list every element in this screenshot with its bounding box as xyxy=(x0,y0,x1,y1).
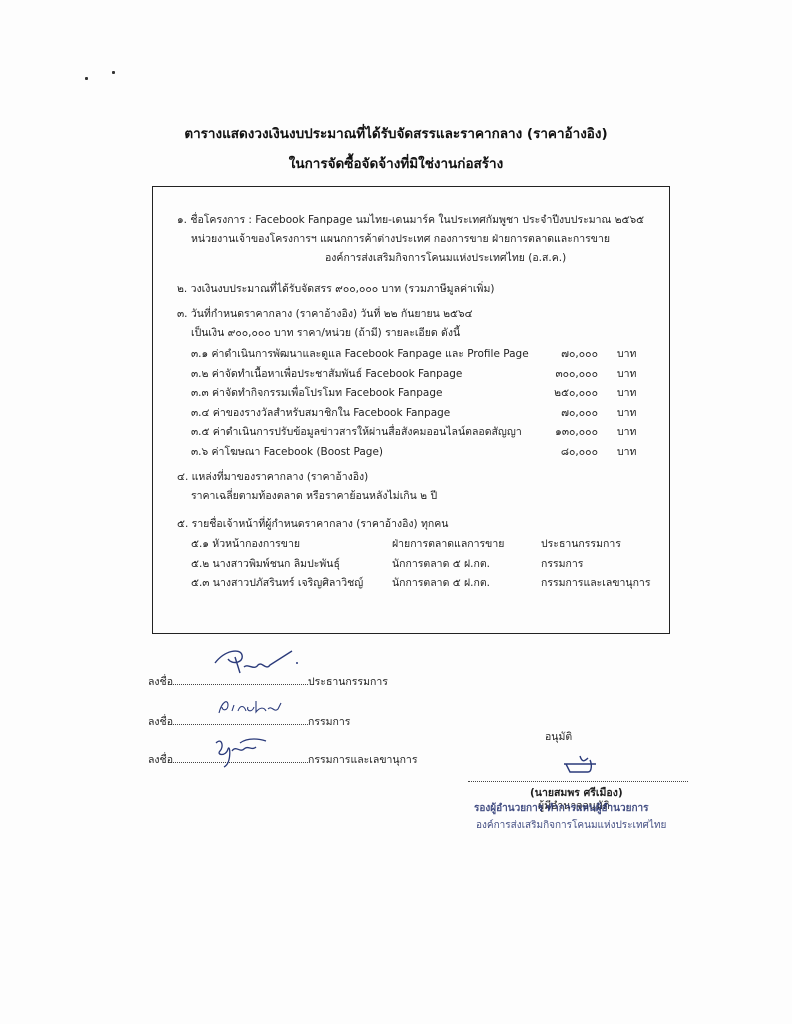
cost-item-label: ๓.๓ ค่าจัดทำกิจกรรมเพื่อโปรโมท Facebook … xyxy=(191,384,442,401)
cost-item-amount: ๗๐,๐๐๐ xyxy=(528,404,598,421)
stamp-line-2: องค์การส่งเสริมกิจการโคนมแห่งประเทศไทย xyxy=(476,818,666,833)
scan-speck xyxy=(85,77,88,80)
signature-1-handwriting xyxy=(210,645,300,680)
committee-member-role: ประธานกรรมการ xyxy=(541,535,621,552)
budget-line: ๒. วงเงินงบประมาณที่ได้รับจัดสรร ๙๐๐,๐๐๐… xyxy=(177,280,494,297)
cost-item-amount: ๓๐๐,๐๐๐ xyxy=(528,365,598,382)
signature-3-handwriting xyxy=(212,735,272,770)
signature-2-handwriting xyxy=(216,697,286,719)
cost-item-unit: บาท xyxy=(617,345,636,362)
cost-item-label: ๓.๑ ค่าดำเนินการพัฒนาและดูแล Facebook Fa… xyxy=(191,345,529,362)
cost-item-unit: บาท xyxy=(617,384,636,401)
cost-item-unit: บาท xyxy=(617,365,636,382)
cost-item-label: ๓.๕ ค่าดำเนินการปรับข้อมูลข่าวสารให้ผ่าน… xyxy=(191,423,522,440)
cost-item-amount: ๗๐,๐๐๐ xyxy=(528,345,598,362)
scan-speck xyxy=(112,71,115,74)
cost-item-label: ๓.๖ ค่าโฆษณา Facebook (Boost Page) xyxy=(191,443,383,460)
approver-signature-handwriting xyxy=(562,752,602,778)
cost-item-label: ๓.๔ ค่าของรางวัลสำหรับสมาชิกใน Facebook … xyxy=(191,404,450,421)
signature-role: กรรมการ xyxy=(308,716,350,728)
committee-member-name: ๕.๒ นางสาวพิมพ์ชนก ลิมปะพันธุ์ xyxy=(191,555,340,572)
committee-heading: ๕. รายชื่อเจ้าหน้าที่ผู้กำหนดราคากลาง (ร… xyxy=(177,515,448,532)
approval-signature-line xyxy=(468,781,688,782)
document-subtitle: ในการจัดซื้อจัดจ้างที่มิใช่งานก่อสร้าง xyxy=(0,152,792,174)
signature-role: กรรมการและเลขานุการ xyxy=(308,754,417,766)
price-source: ราคาเฉลี่ยตามท้องตลาด หรือราคาย้อนหลังไม… xyxy=(191,487,437,504)
approval-label: อนุมัติ xyxy=(545,728,572,745)
project-owner: หน่วยงานเจ้าของโครงการฯ แผนกการค้าต่างปร… xyxy=(191,230,610,247)
signature-dotted-line xyxy=(173,684,308,685)
committee-member-position: นักการตลาด ๕ ฝ.กต. xyxy=(392,574,490,591)
committee-member-name: ๕.๑ หัวหน้ากองการขาย xyxy=(191,535,300,552)
committee-member-role: กรรมการ xyxy=(541,555,583,572)
cost-item-unit: บาท xyxy=(617,443,636,460)
signature-prefix: ลงชื่อ xyxy=(148,676,173,688)
cost-item-unit: บาท xyxy=(617,404,636,421)
signature-line-3: ลงชื่อกรรมการและเลขานุการ xyxy=(148,751,417,768)
cost-item-unit: บาท xyxy=(617,423,636,440)
committee-member-role: กรรมการและเลขานุการ xyxy=(541,574,650,591)
project-name: ๑. ชื่อโครงการ : Facebook Fanpage นมไทย-… xyxy=(177,211,644,228)
cost-item-amount: ๘๐,๐๐๐ xyxy=(528,443,598,460)
committee-member-position: ฝ่ายการตลาดแลการขาย xyxy=(392,535,504,552)
reference-total: เป็นเงิน ๙๐๐,๐๐๐ บาท ราคา/หน่วย (ถ้ามี) … xyxy=(191,324,460,341)
document-title: ตารางแสดงวงเงินงบประมาณที่ได้รับจัดสรรแล… xyxy=(0,122,792,144)
signature-prefix: ลงชื่อ xyxy=(148,754,173,766)
project-org: องค์การส่งเสริมกิจการโคนมแห่งประเทศไทย (… xyxy=(325,249,566,266)
reference-date: ๓. วันที่กำหนดราคากลาง (ราคาอ้างอิง) วัน… xyxy=(177,305,473,322)
cost-item-label: ๓.๒ ค่าจัดทำเนื้อหาเพื่อประชาสัมพันธ์ Fa… xyxy=(191,365,462,382)
signature-prefix: ลงชื่อ xyxy=(148,716,173,728)
stamp-line-1: รองผู้อำนวยการ ทำการแทนผู้อำนวยการ xyxy=(474,801,649,816)
committee-member-position: นักการตลาด ๕ ฝ.กต. xyxy=(392,555,490,572)
cost-item-amount: ๒๕๐,๐๐๐ xyxy=(528,384,598,401)
committee-member-name: ๕.๓ นางสาวปภัสรินทร์ เจริญศิลาวิชญ์ xyxy=(191,574,363,591)
cost-item-amount: ๑๓๐,๐๐๐ xyxy=(528,423,598,440)
signature-role: ประธานกรรมการ xyxy=(308,676,388,688)
price-source-heading: ๔. แหล่งที่มาของราคากลาง (ราคาอ้างอิง) xyxy=(177,468,368,485)
signature-dotted-line xyxy=(173,724,308,725)
